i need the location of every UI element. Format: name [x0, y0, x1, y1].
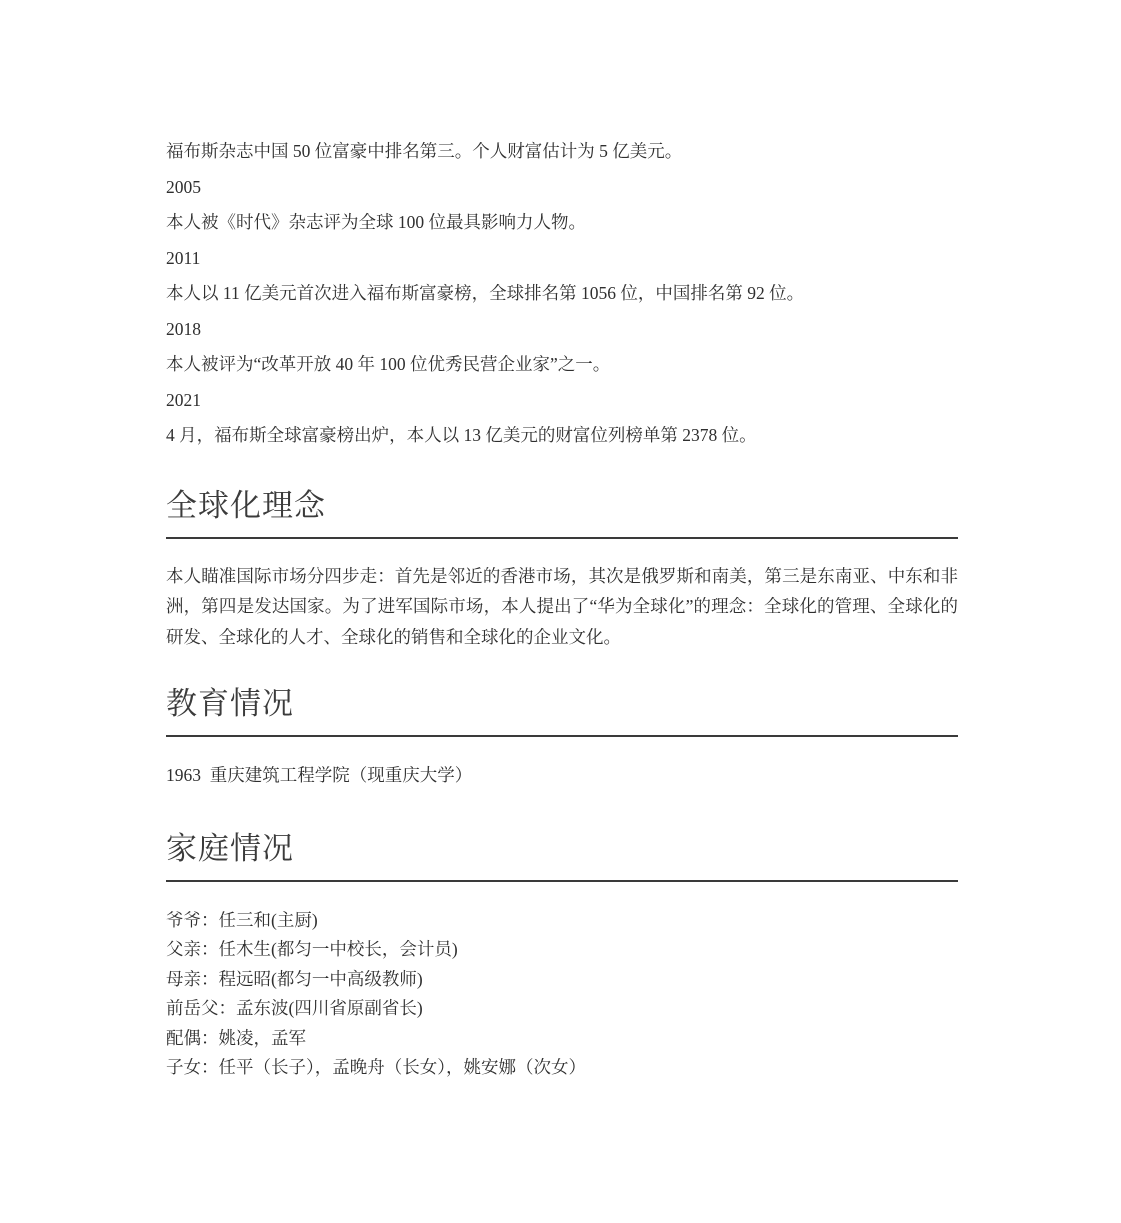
document-content: 福布斯杂志中国 50 位富豪中排名第三。个人财富估计为 5 亿美元。 2005 …: [166, 0, 958, 1083]
family-row-father: 父亲：任木生(都匀一中校长，会计员): [166, 935, 958, 965]
section-heading-globalization: 全球化理念: [166, 486, 958, 539]
timeline-section: 福布斯杂志中国 50 位富豪中排名第三。个人财富估计为 5 亿美元。 2005 …: [166, 134, 958, 454]
timeline-entry: 4 月，福布斯全球富豪榜出炉，本人以 13 亿美元的财富位列榜单第 2378 位…: [166, 418, 958, 454]
family-list: 爷爷：任三和(主厨) 父亲：任木生(都匀一中校长，会计员) 母亲：程远昭(都匀一…: [166, 906, 958, 1083]
timeline-year: 2021: [166, 383, 958, 419]
timeline-entry: 本人被评为“改革开放 40 年 100 位优秀民营企业家”之一。: [166, 347, 958, 383]
timeline-year: 2018: [166, 312, 958, 348]
timeline-year: 2011: [166, 241, 958, 277]
family-row-father-in-law: 前岳父：孟东波(四川省原副省长): [166, 994, 958, 1024]
section-family: 家庭情况 爷爷：任三和(主厨) 父亲：任木生(都匀一中校长，会计员) 母亲：程远…: [166, 829, 958, 1083]
section-heading-education: 教育情况: [166, 684, 958, 737]
document-page: 福布斯杂志中国 50 位富豪中排名第三。个人财富估计为 5 亿美元。 2005 …: [0, 0, 1121, 1223]
globalization-paragraph: 本人瞄准国际市场分四步走：首先是邻近的香港市场，其次是俄罗斯和南美，第三是东南亚…: [166, 561, 958, 653]
timeline-entry: 福布斯杂志中国 50 位富豪中排名第三。个人财富估计为 5 亿美元。: [166, 134, 958, 170]
family-row-children: 子女：任平（长子），孟晚舟（长女），姚安娜（次女）: [166, 1053, 958, 1083]
family-row-mother: 母亲：程远昭(都匀一中高级教师): [166, 965, 958, 995]
education-entry: 1963 重庆建筑工程学院（现重庆大学）: [166, 760, 958, 791]
family-row-spouse: 配偶：姚凌，孟军: [166, 1024, 958, 1054]
timeline-year: 2005: [166, 170, 958, 206]
timeline-entry: 本人以 11 亿美元首次进入福布斯富豪榜，全球排名第 1056 位，中国排名第 …: [166, 276, 958, 312]
section-heading-family: 家庭情况: [166, 829, 958, 882]
section-education: 教育情况 1963 重庆建筑工程学院（现重庆大学）: [166, 684, 958, 791]
family-row-grandfather: 爷爷：任三和(主厨): [166, 906, 958, 936]
section-globalization: 全球化理念 本人瞄准国际市场分四步走：首先是邻近的香港市场，其次是俄罗斯和南美，…: [166, 486, 958, 653]
timeline-entry: 本人被《时代》杂志评为全球 100 位最具影响力人物。: [166, 205, 958, 241]
